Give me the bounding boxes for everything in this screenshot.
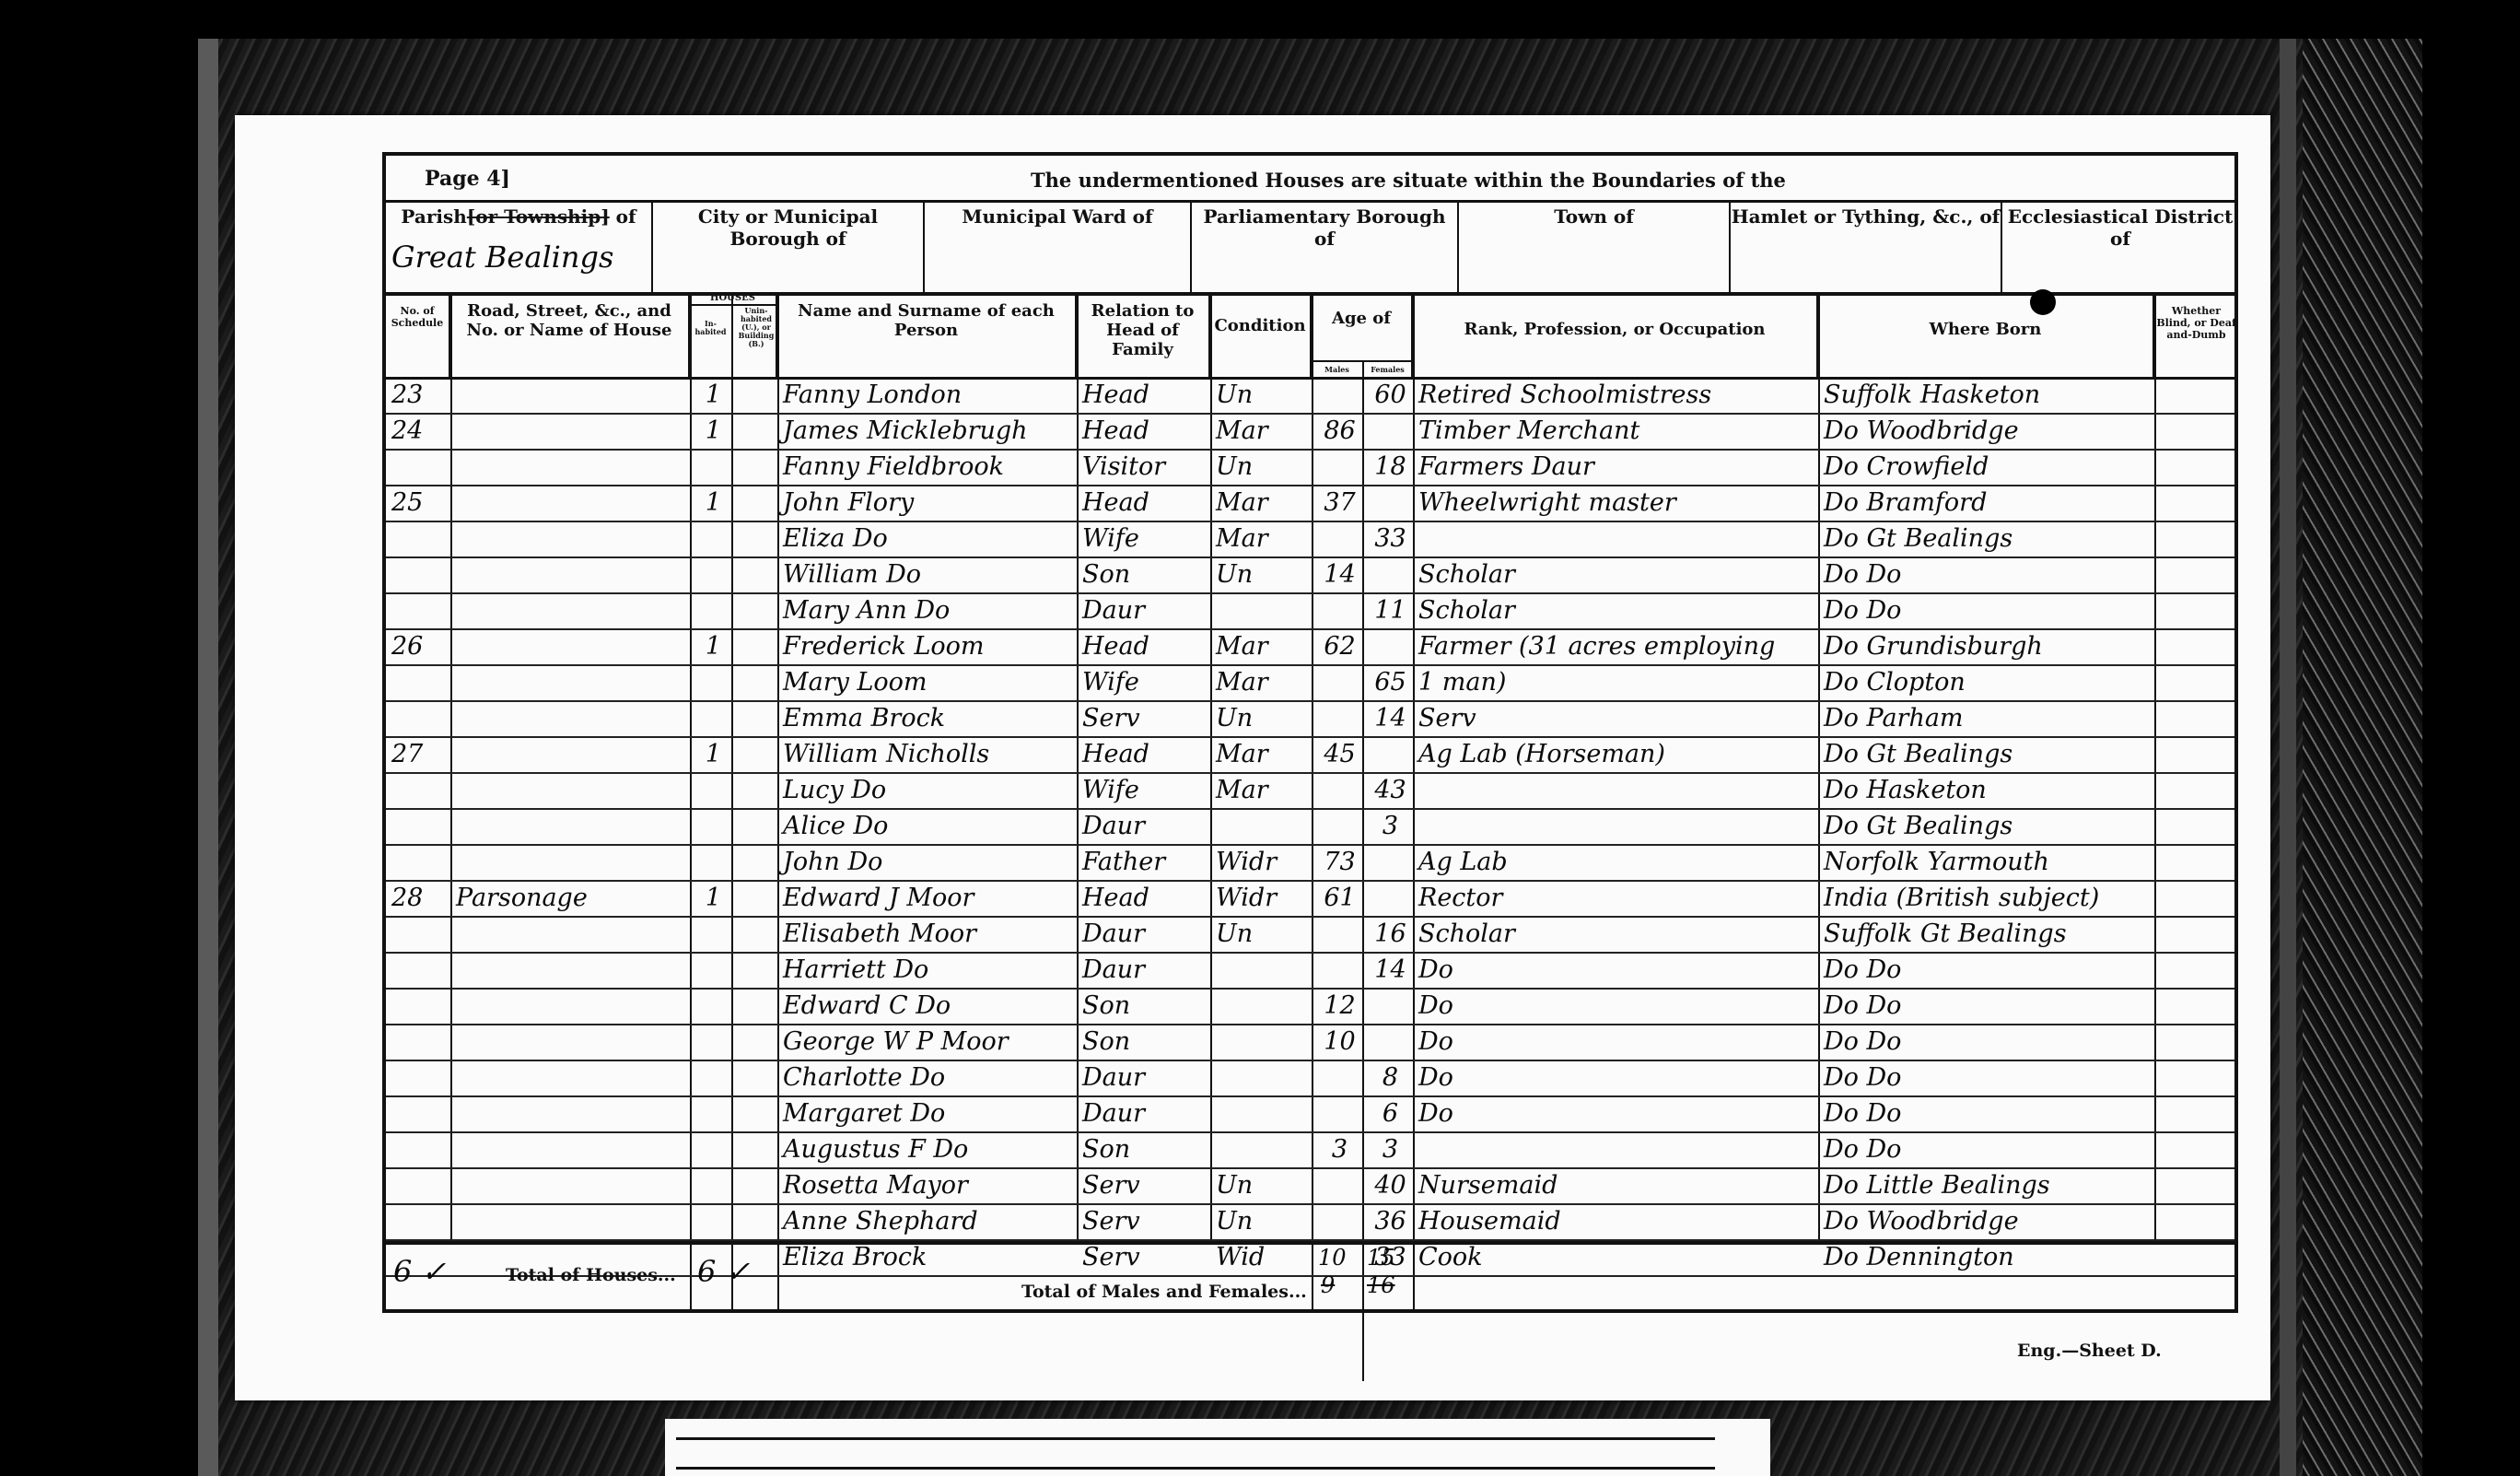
table-row: Anne ShephardServUn36HousemaidDo Woodbri… xyxy=(386,1203,2234,1241)
cell-born: Do Do xyxy=(1818,592,2154,628)
cell-road xyxy=(450,664,690,700)
age-label: Age of xyxy=(1312,301,1411,328)
cell-born: Do Clopton xyxy=(1818,664,2154,700)
cell-name: Alice Do xyxy=(777,808,1077,844)
table-row: Mary Ann DoDaur11ScholarDo Do xyxy=(386,592,2234,630)
cell-schedule xyxy=(386,916,450,952)
cell-born: Do Bramford xyxy=(1818,485,2154,521)
totals-row: 6 ✓ Total of Houses... 6 ✓ Total of Male… xyxy=(386,1241,2234,1313)
table-row: Fanny FieldbrookVisitorUn18Farmers DaurD… xyxy=(386,449,2234,486)
cell-condition: Un xyxy=(1210,449,1312,485)
cell-occupation: Scholar xyxy=(1413,916,1818,952)
parish-label: Parish xyxy=(401,205,466,228)
cell-condition: Mar xyxy=(1210,772,1312,808)
cell-relation: Serv xyxy=(1077,700,1210,736)
cell-female-age: 36 xyxy=(1362,1203,1413,1239)
cell-relation: Son xyxy=(1077,1131,1210,1167)
cell-male-age: 3 xyxy=(1312,1131,1362,1167)
cell-occupation: Ag Lab (Horseman) xyxy=(1413,736,1818,772)
table-row: Emma BrockServUn14ServDo Parham xyxy=(386,700,2234,738)
cell-relation: Serv xyxy=(1077,1167,1210,1203)
cell-male-age: 61 xyxy=(1312,880,1362,916)
cell-schedule: 24 xyxy=(386,413,450,449)
cell-schedule xyxy=(386,952,450,988)
cell-name: Anne Shephard xyxy=(777,1203,1077,1239)
cell-relation: Daur xyxy=(1077,952,1210,988)
cell-relation: Daur xyxy=(1077,1095,1210,1131)
cell-born: India (British subject) xyxy=(1818,880,2154,916)
cell-inhabited: 1 xyxy=(690,413,731,449)
cell-male-age xyxy=(1312,1203,1362,1239)
cell-condition: Un xyxy=(1210,1203,1312,1239)
cell-name: Augustus F Do xyxy=(777,1131,1077,1167)
cell-condition: Mar xyxy=(1210,628,1312,664)
cell-occupation: Nursemaid xyxy=(1413,1167,1818,1203)
total-males: 10 xyxy=(1318,1245,1347,1271)
cell-male-age xyxy=(1312,916,1362,952)
cell-condition: Mar xyxy=(1210,664,1312,700)
cell-road xyxy=(450,1131,690,1167)
cell-female-age xyxy=(1362,736,1413,772)
cell-road xyxy=(450,449,690,485)
cell-female-age xyxy=(1362,880,1413,916)
cell-name: Edward C Do xyxy=(777,988,1077,1024)
cell-inhabited: 1 xyxy=(690,736,731,772)
cell-road xyxy=(450,1024,690,1060)
cell-occupation: Rector xyxy=(1413,880,1818,916)
binding-edge-right xyxy=(2280,39,2296,1476)
cell-relation: Head xyxy=(1077,485,1210,521)
ecclesiastical-district-field: Ecclesiastical District of xyxy=(2002,200,2238,292)
table-row: Charlotte DoDaur8DoDo Do xyxy=(386,1060,2234,1097)
cell-born: Do Do xyxy=(1818,988,2154,1024)
cell-road xyxy=(450,988,690,1024)
table-row: John DoFatherWidr73Ag LabNorfolk Yarmout… xyxy=(386,844,2234,882)
cell-female-age: 14 xyxy=(1362,700,1413,736)
cell-female-age: 8 xyxy=(1362,1060,1413,1095)
cell-inhabited: 1 xyxy=(690,880,731,916)
table-row: Elisabeth MoorDaurUn16ScholarSuffolk Gt … xyxy=(386,916,2234,954)
cell-inhabited xyxy=(690,916,731,952)
cell-schedule xyxy=(386,772,450,808)
cell-inhabited xyxy=(690,808,731,844)
cell-condition xyxy=(1210,988,1312,1024)
cell-road xyxy=(450,377,690,413)
cell-inhabited xyxy=(690,1060,731,1095)
cell-relation: Father xyxy=(1077,844,1210,880)
cell-female-age xyxy=(1362,556,1413,592)
cell-condition xyxy=(1210,1024,1312,1060)
cell-road xyxy=(450,521,690,556)
males-label: Males xyxy=(1312,360,1364,377)
table-row: 261Frederick LoomHeadMar62Farmer (31 acr… xyxy=(386,628,2234,666)
cell-inhabited xyxy=(690,449,731,485)
cell-female-age: 16 xyxy=(1362,916,1413,952)
cell-relation: Daur xyxy=(1077,1060,1210,1095)
cell-born: Do Do xyxy=(1818,1131,2154,1167)
cell-name: Rosetta Mayor xyxy=(777,1167,1077,1203)
uninhabited-label: Unin-habited (U.), or Building (B.) xyxy=(731,307,779,375)
cell-name: Elisabeth Moor xyxy=(777,916,1077,952)
parish-field: Parish[or Township] of Great Bealings xyxy=(386,200,653,292)
cell-inhabited xyxy=(690,844,731,880)
cell-occupation: Do xyxy=(1413,952,1818,988)
cell-name: George W P Moor xyxy=(777,1024,1077,1060)
cell-inhabited: 1 xyxy=(690,628,731,664)
cell-condition xyxy=(1210,952,1312,988)
cell-male-age: 45 xyxy=(1312,736,1362,772)
cell-relation: Son xyxy=(1077,556,1210,592)
table-row: 28Parsonage1Edward J MoorHeadWidr61Recto… xyxy=(386,880,2234,918)
table-row: Augustus F DoSon33Do Do xyxy=(386,1131,2234,1169)
cell-schedule: 26 xyxy=(386,628,450,664)
cell-inhabited xyxy=(690,1203,731,1239)
cell-inhabited: 1 xyxy=(690,377,731,413)
table-row: William DoSonUn14ScholarDo Do xyxy=(386,556,2234,594)
total-persons-label: Total of Males and Females... xyxy=(1021,1282,1307,1302)
cell-occupation: Scholar xyxy=(1413,592,1818,628)
parliamentary-borough-field: Parliamentary Borough of xyxy=(1192,200,1459,292)
boundaries-banner: The undermentioned Houses are situate wi… xyxy=(1031,169,1786,192)
table-row: Lucy DoWifeMar43Do Hasketon xyxy=(386,772,2234,810)
cell-occupation: Scholar xyxy=(1413,556,1818,592)
table-row: Alice DoDaur3Do Gt Bealings xyxy=(386,808,2234,846)
cell-condition xyxy=(1210,1060,1312,1095)
cell-condition xyxy=(1210,592,1312,628)
form-title-bar: Page 4] The undermentioned Houses are si… xyxy=(386,156,2234,203)
total-females-struck: 16 xyxy=(1367,1272,1395,1298)
cell-male-age xyxy=(1312,521,1362,556)
cell-name: Charlotte Do xyxy=(777,1060,1077,1095)
cell-female-age xyxy=(1362,844,1413,880)
females-label: Females xyxy=(1362,360,1413,377)
cell-female-age: 40 xyxy=(1362,1167,1413,1203)
cell-female-age: 43 xyxy=(1362,772,1413,808)
cell-relation: Wife xyxy=(1077,772,1210,808)
cell-inhabited xyxy=(690,556,731,592)
cell-condition: Un xyxy=(1210,556,1312,592)
cell-name: Margaret Do xyxy=(777,1095,1077,1131)
cell-road xyxy=(450,736,690,772)
cell-name: Mary Loom xyxy=(777,664,1077,700)
parish-value: Great Bealings xyxy=(391,246,613,268)
cell-male-age: 73 xyxy=(1312,844,1362,880)
cell-inhabited: 1 xyxy=(690,485,731,521)
hamlet-field: Hamlet or Tything, &c., of xyxy=(1731,200,2002,292)
cell-schedule xyxy=(386,808,450,844)
cell-born: Do Do xyxy=(1818,952,2154,988)
cell-condition: Un xyxy=(1210,700,1312,736)
cell-occupation: Do xyxy=(1413,1024,1818,1060)
schedule-tick: 6 ✓ xyxy=(393,1254,446,1289)
cell-female-age: 3 xyxy=(1362,1131,1413,1167)
cell-female-age: 11 xyxy=(1362,592,1413,628)
cell-road xyxy=(450,916,690,952)
cell-born: Do Grundisburgh xyxy=(1818,628,2154,664)
cell-male-age: 14 xyxy=(1312,556,1362,592)
inhabited-label: In-habited xyxy=(690,320,731,336)
cell-occupation xyxy=(1413,521,1818,556)
cell-road xyxy=(450,844,690,880)
cell-male-age xyxy=(1312,592,1362,628)
cell-name: Fanny Fieldbrook xyxy=(777,449,1077,485)
table-row: Mary LoomWifeMar651 man)Do Clopton xyxy=(386,664,2234,702)
cell-schedule xyxy=(386,1060,450,1095)
cell-occupation: Ag Lab xyxy=(1413,844,1818,880)
cell-inhabited xyxy=(690,700,731,736)
census-form: Page 4] The undermentioned Houses are si… xyxy=(382,152,2238,1313)
cell-road xyxy=(450,556,690,592)
next-page-edge xyxy=(665,1419,1770,1476)
table-row: 231Fanny LondonHeadUn60Retired Schoolmis… xyxy=(386,377,2234,415)
cell-name: Lucy Do xyxy=(777,772,1077,808)
cell-occupation: Wheelwright master xyxy=(1413,485,1818,521)
town-field: Town of xyxy=(1459,200,1731,292)
cell-female-age: 65 xyxy=(1362,664,1413,700)
table-row: Edward C DoSon12DoDo Do xyxy=(386,988,2234,1025)
cell-female-age xyxy=(1362,485,1413,521)
total-females: 15 xyxy=(1367,1245,1395,1271)
cell-schedule xyxy=(386,1131,450,1167)
table-row: 271William NichollsHeadMar45Ag Lab (Hors… xyxy=(386,736,2234,774)
cell-relation: Daur xyxy=(1077,808,1210,844)
cell-condition: Mar xyxy=(1210,413,1312,449)
cell-relation: Son xyxy=(1077,1024,1210,1060)
parish-suffix: of xyxy=(610,205,636,228)
cell-name: Harriett Do xyxy=(777,952,1077,988)
cell-female-age xyxy=(1362,988,1413,1024)
binding-edge-left xyxy=(198,39,218,1476)
cell-road xyxy=(450,413,690,449)
cell-relation: Wife xyxy=(1077,664,1210,700)
cell-relation: Serv xyxy=(1077,1203,1210,1239)
header-infirmity: Whether Blind, or Deaf and-Dumb xyxy=(2154,292,2238,377)
cell-occupation: Serv xyxy=(1413,700,1818,736)
municipal-borough-field: City or Municipal Borough of xyxy=(653,200,925,292)
cell-relation: Head xyxy=(1077,377,1210,413)
cell-born: Do Parham xyxy=(1818,700,2154,736)
cell-male-age xyxy=(1312,664,1362,700)
table-row: Eliza DoWifeMar33Do Gt Bealings xyxy=(386,521,2234,558)
cell-male-age xyxy=(1312,1167,1362,1203)
book-spine xyxy=(2303,39,2422,1476)
cell-male-age xyxy=(1312,808,1362,844)
cell-name: Mary Ann Do xyxy=(777,592,1077,628)
cell-relation: Head xyxy=(1077,413,1210,449)
total-houses-label: Total of Houses... xyxy=(506,1265,676,1285)
cell-female-age: 14 xyxy=(1362,952,1413,988)
cell-road xyxy=(450,592,690,628)
cell-male-age xyxy=(1312,772,1362,808)
table-row: George W P MoorSon10DoDo Do xyxy=(386,1024,2234,1061)
cell-schedule xyxy=(386,1167,450,1203)
cell-schedule xyxy=(386,700,450,736)
cell-condition: Un xyxy=(1210,916,1312,952)
header-where-born: Where Born xyxy=(1818,292,2154,377)
table-row: 241James MicklebrughHeadMar86Timber Merc… xyxy=(386,413,2234,451)
cell-schedule: 25 xyxy=(386,485,450,521)
cell-name: James Micklebrugh xyxy=(777,413,1077,449)
cell-inhabited xyxy=(690,952,731,988)
cell-condition: Widr xyxy=(1210,880,1312,916)
cell-name: William Nicholls xyxy=(777,736,1077,772)
cell-born: Do Do xyxy=(1818,1095,2154,1131)
cell-male-age xyxy=(1312,449,1362,485)
cell-born: Do Gt Bealings xyxy=(1818,736,2154,772)
cell-male-age xyxy=(1312,700,1362,736)
cell-born: Suffolk Gt Bealings xyxy=(1818,916,2154,952)
cell-occupation: 1 man) xyxy=(1413,664,1818,700)
township-struck: [or Township] xyxy=(467,205,610,228)
table-row: 251John FloryHeadMar37Wheelwright master… xyxy=(386,485,2234,522)
cell-female-age xyxy=(1362,628,1413,664)
cell-name: Edward J Moor xyxy=(777,880,1077,916)
cell-born: Do Crowfield xyxy=(1818,449,2154,485)
cell-female-age xyxy=(1362,413,1413,449)
header-houses: HOUSES In-habited Unin-habited (U.), or … xyxy=(690,292,777,377)
cell-name: Fanny London xyxy=(777,377,1077,413)
header-relation: Relation to Head of Family xyxy=(1077,292,1210,377)
cell-schedule xyxy=(386,556,450,592)
cell-condition: Mar xyxy=(1210,736,1312,772)
cell-inhabited xyxy=(690,664,731,700)
cell-name: John Flory xyxy=(777,485,1077,521)
cell-inhabited xyxy=(690,988,731,1024)
cell-occupation: Timber Merchant xyxy=(1413,413,1818,449)
boundaries-row: Parish[or Township] of Great Bealings Ci… xyxy=(386,200,2234,296)
cell-born: Do Gt Bealings xyxy=(1818,808,2154,844)
cell-schedule xyxy=(386,664,450,700)
cell-occupation xyxy=(1413,808,1818,844)
cell-schedule: 23 xyxy=(386,377,450,413)
cell-road xyxy=(450,485,690,521)
cell-schedule xyxy=(386,521,450,556)
cell-female-age: 18 xyxy=(1362,449,1413,485)
cell-inhabited xyxy=(690,1095,731,1131)
cell-occupation: Housemaid xyxy=(1413,1203,1818,1239)
cell-born: Do Hasketon xyxy=(1818,772,2154,808)
cell-born: Do Little Bealings xyxy=(1818,1167,2154,1203)
cell-inhabited xyxy=(690,592,731,628)
header-name: Name and Surname of each Person xyxy=(777,292,1077,377)
table-row: Rosetta MayorServUn40NursemaidDo Little … xyxy=(386,1167,2234,1205)
cell-relation: Daur xyxy=(1077,592,1210,628)
cell-name: Eliza Do xyxy=(777,521,1077,556)
cell-relation: Head xyxy=(1077,880,1210,916)
cell-occupation: Retired Schoolmistress xyxy=(1413,377,1818,413)
cell-inhabited xyxy=(690,1024,731,1060)
total-houses-value: 6 ✓ xyxy=(697,1254,750,1289)
cell-male-age: 86 xyxy=(1312,413,1362,449)
cell-born: Do Do xyxy=(1818,556,2154,592)
cell-condition: Widr xyxy=(1210,844,1312,880)
cell-road xyxy=(450,628,690,664)
cell-road xyxy=(450,1167,690,1203)
cell-road xyxy=(450,772,690,808)
sheet-footer: Eng.—Sheet D. xyxy=(2017,1341,2162,1361)
cell-schedule xyxy=(386,1095,450,1131)
cell-born: Do Woodbridge xyxy=(1818,1203,2154,1239)
cell-road xyxy=(450,700,690,736)
cell-schedule: 28 xyxy=(386,880,450,916)
cell-schedule xyxy=(386,1024,450,1060)
cell-male-age: 10 xyxy=(1312,1024,1362,1060)
cell-occupation: Do xyxy=(1413,1095,1818,1131)
cell-schedule: 27 xyxy=(386,736,450,772)
column-headers: No. of Schedule Road, Street, &c., and N… xyxy=(386,292,2234,380)
cell-schedule xyxy=(386,449,450,485)
cell-name: William Do xyxy=(777,556,1077,592)
cell-occupation: Farmer (31 acres employing xyxy=(1413,628,1818,664)
cell-female-age: 33 xyxy=(1362,521,1413,556)
cell-male-age: 12 xyxy=(1312,988,1362,1024)
cell-condition: Mar xyxy=(1210,485,1312,521)
cell-condition xyxy=(1210,1131,1312,1167)
cell-female-age: 6 xyxy=(1362,1095,1413,1131)
cell-male-age: 62 xyxy=(1312,628,1362,664)
cell-occupation: Do xyxy=(1413,988,1818,1024)
cell-name: John Do xyxy=(777,844,1077,880)
cell-relation: Wife xyxy=(1077,521,1210,556)
cell-male-age: 37 xyxy=(1312,485,1362,521)
cell-female-age: 3 xyxy=(1362,808,1413,844)
cell-born: Norfolk Yarmouth xyxy=(1818,844,2154,880)
cell-road: Parsonage xyxy=(450,880,690,916)
cell-relation: Daur xyxy=(1077,916,1210,952)
table-row: Margaret DoDaur6DoDo Do xyxy=(386,1095,2234,1133)
cell-occupation: Do xyxy=(1413,1060,1818,1095)
cell-relation: Son xyxy=(1077,988,1210,1024)
cell-name: Frederick Loom xyxy=(777,628,1077,664)
cell-female-age: 60 xyxy=(1362,377,1413,413)
cell-condition xyxy=(1210,808,1312,844)
cell-male-age xyxy=(1312,1095,1362,1131)
cell-schedule xyxy=(386,1203,450,1239)
cell-road xyxy=(450,1203,690,1239)
cell-born: Suffolk Hasketon xyxy=(1818,377,2154,413)
cell-born: Do Woodbridge xyxy=(1818,413,2154,449)
cell-road xyxy=(450,1060,690,1095)
cell-condition: Mar xyxy=(1210,521,1312,556)
page-number: Page 4] xyxy=(425,167,510,191)
cell-inhabited xyxy=(690,772,731,808)
cell-relation: Visitor xyxy=(1077,449,1210,485)
cell-inhabited xyxy=(690,1131,731,1167)
total-males-struck: 9 xyxy=(1321,1272,1335,1298)
cell-schedule xyxy=(386,844,450,880)
cell-born: Do Do xyxy=(1818,1060,2154,1095)
header-road: Road, Street, &c., and No. or Name of Ho… xyxy=(450,292,690,377)
cell-born: Do Gt Bealings xyxy=(1818,521,2154,556)
cell-condition: Un xyxy=(1210,1167,1312,1203)
cell-male-age xyxy=(1312,1060,1362,1095)
cell-relation: Head xyxy=(1077,628,1210,664)
cell-occupation xyxy=(1413,1131,1818,1167)
cell-inhabited xyxy=(690,521,731,556)
cell-condition xyxy=(1210,1095,1312,1131)
cell-name: Emma Brock xyxy=(777,700,1077,736)
cell-schedule xyxy=(386,592,450,628)
cell-road xyxy=(450,1095,690,1131)
header-occupation: Rank, Profession, or Occupation xyxy=(1413,292,1818,377)
cell-occupation xyxy=(1413,772,1818,808)
header-schedule: No. of Schedule xyxy=(386,292,450,377)
cell-male-age xyxy=(1312,377,1362,413)
cell-schedule xyxy=(386,988,450,1024)
cell-condition: Un xyxy=(1210,377,1312,413)
cell-occupation: Farmers Daur xyxy=(1413,449,1818,485)
cell-male-age xyxy=(1312,952,1362,988)
